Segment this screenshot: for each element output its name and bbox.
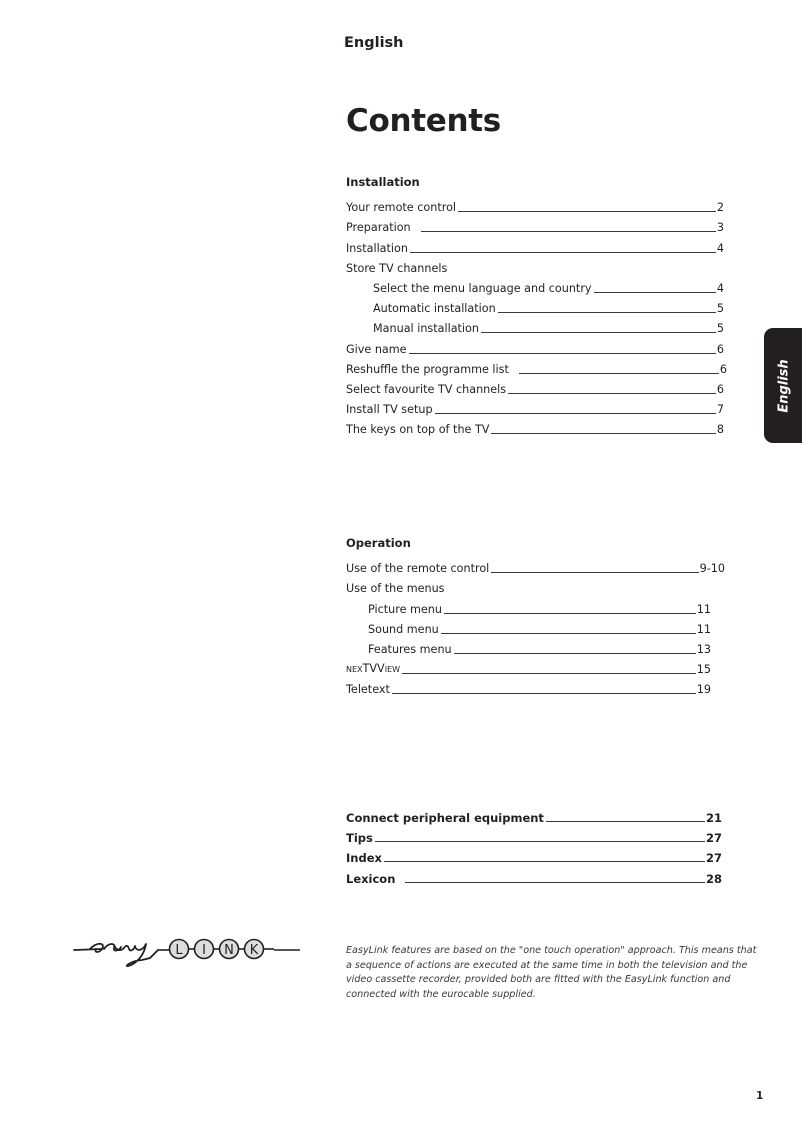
- toc-entry[interactable]: Install TV setup7: [346, 397, 724, 417]
- toc-entry[interactable]: Installation4: [346, 235, 724, 255]
- leader-line: [498, 311, 716, 313]
- toc-entry[interactable]: Manual installation5: [346, 316, 724, 336]
- toc-entry[interactable]: Automatic installation5: [346, 296, 724, 316]
- toc-entry[interactable]: The keys on top of the TV8: [346, 417, 724, 437]
- side-language-tab: English: [764, 328, 802, 443]
- leader-line: [454, 652, 696, 654]
- svg-text:I: I: [202, 943, 206, 958]
- leader-line: [491, 432, 715, 434]
- toc-entry[interactable]: Select favourite TV channels6: [346, 377, 724, 397]
- leader-line: [402, 672, 696, 674]
- leader-line: [594, 291, 716, 293]
- leader-line: [481, 331, 716, 333]
- side-tab-label: English: [777, 359, 792, 412]
- svg-text:N: N: [224, 943, 234, 958]
- leader-line: [409, 352, 716, 354]
- toc-entry[interactable]: Picture menu11: [346, 596, 711, 616]
- toc-entry[interactable]: NEXTVVIEW 15: [346, 657, 711, 677]
- leader-line: [546, 820, 705, 822]
- toc-entry[interactable]: Reshuffle the programme list6: [346, 357, 727, 377]
- leader-line: [410, 251, 716, 253]
- toc-entry[interactable]: Use of the remote control9-10: [346, 556, 725, 576]
- language-header: English: [344, 35, 404, 51]
- toc-entry[interactable]: Connect peripheral equipment21: [346, 802, 722, 825]
- toc-entry[interactable]: Your remote control2: [346, 195, 724, 215]
- toc-entry[interactable]: Index27: [346, 845, 722, 865]
- leader-line: [375, 840, 705, 842]
- toc-entry[interactable]: Use of the menus: [346, 576, 725, 596]
- leader-line: [435, 412, 716, 414]
- toc-installation: Your remote control2 Preparation3 Instal…: [346, 195, 724, 437]
- page-title: Contents: [346, 103, 501, 139]
- toc-entry[interactable]: Sound menu11: [346, 617, 711, 637]
- toc-entry[interactable]: Give name6: [346, 336, 724, 356]
- svg-text:K: K: [250, 943, 259, 958]
- leader-line: [458, 210, 716, 212]
- nextview-label: NEXTVVIEW: [346, 662, 400, 677]
- leader-line: [392, 692, 696, 694]
- toc-entry[interactable]: Preparation3: [346, 215, 724, 235]
- toc-entry[interactable]: Teletext19: [346, 677, 711, 697]
- toc-entry[interactable]: Store TV channels: [346, 256, 724, 276]
- toc-main-entries: Connect peripheral equipment21 Tips27 In…: [346, 802, 722, 886]
- toc-entry[interactable]: Lexicon28: [346, 865, 722, 885]
- toc-entry[interactable]: Select the menu language and country4: [346, 276, 724, 296]
- easy-script-icon: [74, 944, 158, 966]
- leader-line: [508, 392, 716, 394]
- leader-line: [384, 860, 705, 862]
- leader-line: [421, 230, 716, 232]
- section-title-operation: Operation: [346, 536, 411, 550]
- toc-operation: Use of the remote control9-10 Use of the…: [346, 556, 725, 697]
- leader-line: [441, 632, 696, 634]
- easylink-logo: L I N K: [72, 928, 302, 972]
- leader-line: [405, 881, 705, 883]
- leader-line: [519, 372, 719, 374]
- leader-line: [444, 612, 696, 614]
- easylink-description: EasyLink features are based on the "one …: [346, 944, 764, 1002]
- leader-line: [491, 571, 698, 573]
- section-title-installation: Installation: [346, 175, 420, 189]
- toc-entry[interactable]: Features menu13: [346, 637, 711, 657]
- toc-entry[interactable]: Tips27: [346, 825, 722, 845]
- svg-text:L: L: [175, 943, 183, 958]
- page-number: 1: [756, 1090, 763, 1102]
